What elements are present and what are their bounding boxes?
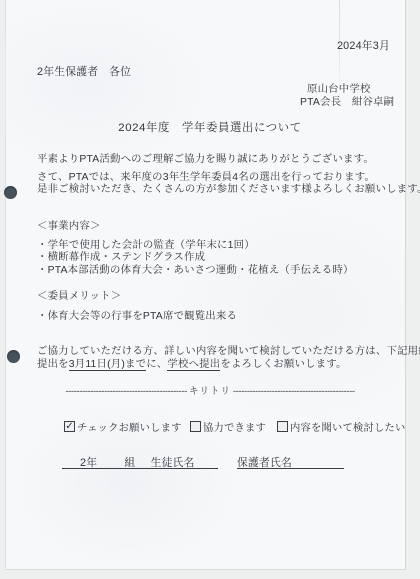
- check-option-instruction: ✓ チェックお願いします: [64, 419, 182, 434]
- check-option-label: チェックお願いします: [77, 419, 182, 434]
- checkbox-empty-icon: [277, 421, 288, 432]
- closing-deadline-underlined: 3月11日(月)まで: [69, 359, 146, 372]
- guardian-name-label: 保護者氏名: [237, 457, 292, 469]
- sender-block: 原山台中学校 PTA会長 紺谷卓嗣: [300, 83, 394, 109]
- closing-mid: に、: [146, 359, 167, 370]
- check-option-label: 内容を聞いて検討したい: [290, 419, 405, 434]
- business-item: ・PTA本部活動の体育大会・あいさつ運動・花植え（手伝える時）: [37, 265, 354, 277]
- cut-here-line: ----------------------------------------…: [0, 383, 420, 397]
- letter-date: 2024年3月: [337, 38, 390, 53]
- signature-row: 2年 組 生徒氏名 保護者氏名: [0, 455, 420, 471]
- student-name-label: 生徒氏名: [151, 457, 195, 469]
- closing-pre: 提出を: [37, 359, 69, 370]
- merit-section-header: ＜委員メリット＞: [37, 287, 121, 302]
- document-title: 2024年度 学年委員選出について: [0, 119, 420, 135]
- intro-paragraph: さて、PTAでは、来年度の3年生学年委員4名の選出を行っております。 是非ご検討…: [37, 172, 420, 197]
- business-section-header: ＜事業内容＞: [37, 217, 101, 232]
- greeting-paragraph: 平素よりPTA活動へのご理解ご協力を賜り誠にありがとうございます。: [37, 150, 374, 165]
- cut-dashes-left: ----------------------------------------…: [65, 386, 187, 397]
- closing-post: をよろしくお願いします。: [220, 359, 346, 370]
- check-option-label: 協力できます: [203, 419, 266, 434]
- guardian-name-field: 保護者氏名: [237, 455, 344, 469]
- check-option-want-details: 内容を聞いて検討したい: [277, 419, 405, 434]
- business-item-list: ・学年で使用した会計の監査（学年末に1回） ・横断幕作成・ステンドグラス作成 ・…: [37, 240, 354, 277]
- cut-here-label: キリトリ: [189, 386, 231, 397]
- checkbox-empty-icon: [190, 421, 201, 432]
- closing-submit-underlined: 学校へ提出: [167, 359, 220, 372]
- business-item: ・横断幕作成・ステンドグラス作成: [37, 252, 354, 264]
- cut-dashes-right: ----------------------------------------…: [233, 386, 355, 397]
- scanned-letter-page: 2024年3月 2年生保護者 各位 原山台中学校 PTA会長 紺谷卓嗣 2024…: [0, 0, 420, 579]
- checkbox-checked-icon: ✓: [64, 421, 75, 432]
- sender-name: PTA会長 紺谷卓嗣: [300, 96, 394, 109]
- business-item: ・学年で使用した会計の監査（学年末に1回）: [37, 240, 354, 252]
- sender-school: 原山台中学校: [300, 83, 394, 96]
- check-option-can-cooperate: 協力できます: [190, 419, 266, 434]
- class-label: 組: [124, 457, 135, 469]
- intro-line: さて、PTAでは、来年度の3年生学年委員4名の選出を行っております。: [37, 172, 420, 184]
- letter-content: 2024年3月 2年生保護者 各位 原山台中学校 PTA会長 紺谷卓嗣 2024…: [0, 0, 420, 579]
- grade-label: 2年: [80, 457, 97, 469]
- checkbox-row: ✓ チェックお願いします 協力できます 内容を聞いて検討したい: [0, 419, 420, 434]
- merit-item: ・体育大会等の行事をPTA席で観覧出来る: [37, 307, 237, 322]
- student-name-field: 2年 組 生徒氏名: [62, 455, 218, 469]
- merit-item-list: ・体育大会等の行事をPTA席で観覧出来る: [37, 307, 237, 322]
- intro-line: 是非ご検討いただき、たくさんの方が参加くださいます様よろしくお願いします。: [37, 184, 420, 196]
- closing-paragraph-line2: 提出を3月11日(月)までに、学校へ提出をよろしくお願いします。: [37, 355, 347, 370]
- recipient-line: 2年生保護者 各位: [37, 64, 131, 79]
